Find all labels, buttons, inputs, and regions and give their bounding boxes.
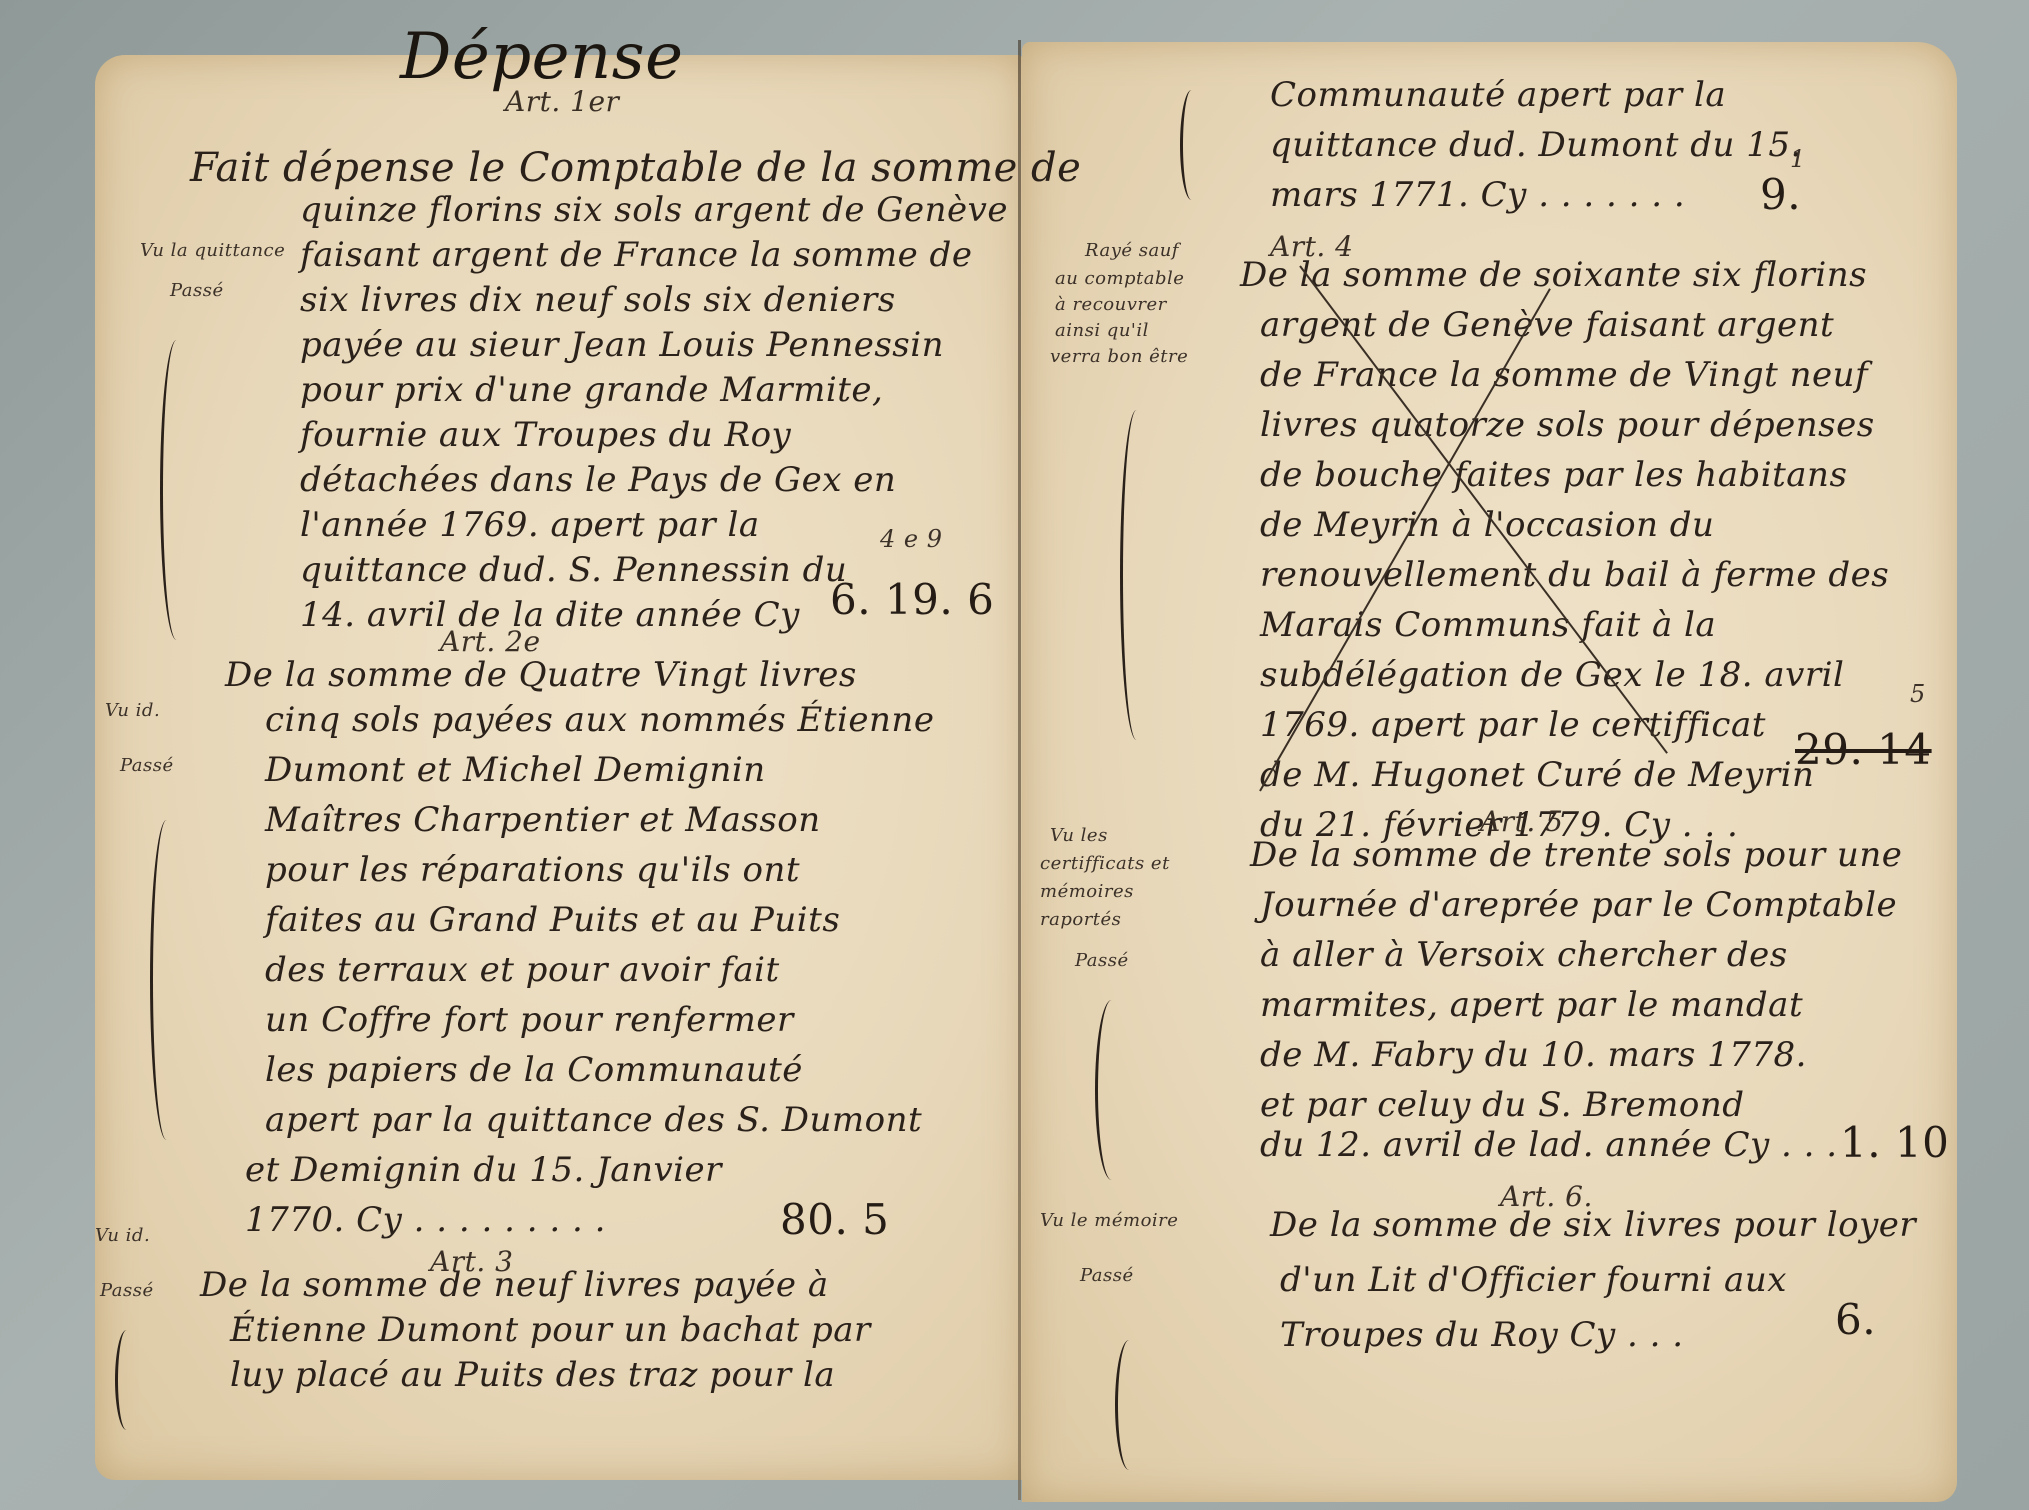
text-line: Marais Communs fait à la [1260,605,1716,645]
text-line: faisant argent de France la somme de [300,235,972,275]
text-line: du 12. avril de lad. année Cy . . . [1260,1125,1838,1165]
margin-note: Vu id. [95,1225,150,1246]
text-line: des terraux et pour avoir fait [265,950,780,990]
text-line: 14. avril de la dite année Cy [300,595,800,635]
text-line: 1769. apert par le certifficat [1260,705,1766,745]
text-line: à aller à Versoix chercher des [1260,935,1788,975]
article-heading: Art. 5 [1480,805,1563,838]
text-line: De la somme de trente sols pour une [1250,835,1902,875]
text-line: détachées dans le Pays de Gex en [300,460,896,500]
text-line: De la somme de six livres pour loyer [1270,1205,1916,1245]
amount: 9. [1760,170,1801,219]
text-line: quittance dud. Dumont du 15. [1270,125,1802,165]
text-line: de bouche faites par les habitans [1260,455,1847,495]
text-line: livres quatorze sols pour dépenses [1260,405,1875,445]
text-line: de M. Fabry du 10. mars 1778. [1260,1035,1807,1075]
text-line: De la somme de soixante six florins [1240,255,1867,295]
text-line: De la somme de Quatre Vingt livres [225,655,857,695]
text-line: Fait dépense le Comptable de la somme de [190,145,1081,191]
text-line: d'un Lit d'Officier fourni aux [1280,1260,1787,1300]
text-line: 1770. Cy . . . . . . . . . [245,1200,606,1240]
text-line: apert par la quittance des S. Dumont [265,1100,922,1140]
amount-note: 5 [1910,680,1926,708]
text-line: Troupes du Roy Cy . . . [1280,1315,1684,1355]
margin-note: Passé [170,280,224,301]
margin-note: Vu les [1050,825,1108,846]
amount-note: 4 e 9 [880,525,943,553]
text-line: et Demignin du 15. Janvier [245,1150,722,1190]
text-line: Dumont et Michel Demignin [265,750,766,790]
margin-note: verra bon être [1050,346,1188,367]
article-heading: Art. 2e [440,625,541,658]
text-line: luy placé au Puits des traz pour la [230,1355,835,1395]
margin-note: Vu le mémoire [1040,1210,1178,1231]
text-line: et par celuy du S. Bremond [1260,1085,1745,1125]
margin-note: Passé [1080,1265,1134,1286]
text-line: cinq sols payées aux nommés Étienne [265,700,934,740]
text-line: de Meyrin à l'occasion du [1260,505,1714,545]
margin-note: Passé [1075,950,1129,971]
margin-note: au comptable [1055,268,1184,289]
text-line: un Coffre fort pour renfermer [265,1000,794,1040]
text-line: faites au Grand Puits et au Puits [265,900,840,940]
text-line: six livres dix neuf sols six deniers [300,280,896,320]
text-line: renouvellement du bail à ferme des [1260,555,1889,595]
book-spine [1018,40,1021,1500]
margin-brace [160,340,193,640]
text-line: Communauté apert par la [1270,75,1726,115]
margin-brace [1180,90,1203,200]
amount: 80. 5 [780,1195,889,1244]
amount: 6. [1835,1295,1876,1344]
amount: 6. 19. 6 [830,575,994,624]
text-line: de France la somme de Vingt neuf [1260,355,1868,395]
amount-struck: 29. 14 [1795,725,1932,774]
margin-note: Rayé sauf [1085,240,1179,261]
text-line: marmites, apert par le mandat [1260,985,1803,1025]
article-heading: Art. 1er [505,85,619,118]
text-line: quinze florins six sols argent de Genève [300,190,1008,230]
text-line: pour prix d'une grande Marmite, [300,370,883,410]
margin-note: Passé [120,755,174,776]
margin-brace [1115,1340,1143,1470]
margin-note: à recouvrer [1055,294,1167,315]
margin-note: certifficats et [1040,853,1170,874]
margin-brace [1095,1000,1128,1180]
margin-note: Passé [100,1280,154,1301]
text-line: Maîtres Charpentier et Masson [265,800,821,840]
margin-brace [150,820,183,1140]
text-line: Journée d'areprée par le Comptable [1260,885,1897,925]
amount: 1. 10 [1840,1118,1949,1167]
page-title: Dépense [400,20,683,94]
text-line: mars 1771. Cy . . . . . . . [1270,175,1685,215]
margin-note: Vu id. [105,700,160,721]
text-line: pour les réparations qu'ils ont [265,850,800,890]
text-line: de M. Hugonet Curé de Meyrin [1260,755,1814,795]
margin-note: raportés [1040,909,1121,930]
margin-note: ainsi qu'il [1055,320,1149,341]
text-line: payée au sieur Jean Louis Pennessin [300,325,944,365]
margin-brace [115,1330,138,1430]
margin-note: Vu la quittance [140,240,285,261]
margin-brace [1120,410,1153,740]
text-line: fournie aux Troupes du Roy [300,415,791,455]
text-line: quittance dud. S. Pennessin du [300,550,847,590]
text-line: l'année 1769. apert par la [300,505,760,545]
amount-note: 1 [1790,145,1806,173]
text-line: les papiers de la Communauté [265,1050,803,1090]
text-line: De la somme de neuf livres payée à [200,1265,829,1305]
text-line: Étienne Dumont pour un bachat par [230,1310,871,1350]
margin-note: mémoires [1040,881,1134,902]
text-line: subdélégation de Gex le 18. avril [1260,655,1844,695]
